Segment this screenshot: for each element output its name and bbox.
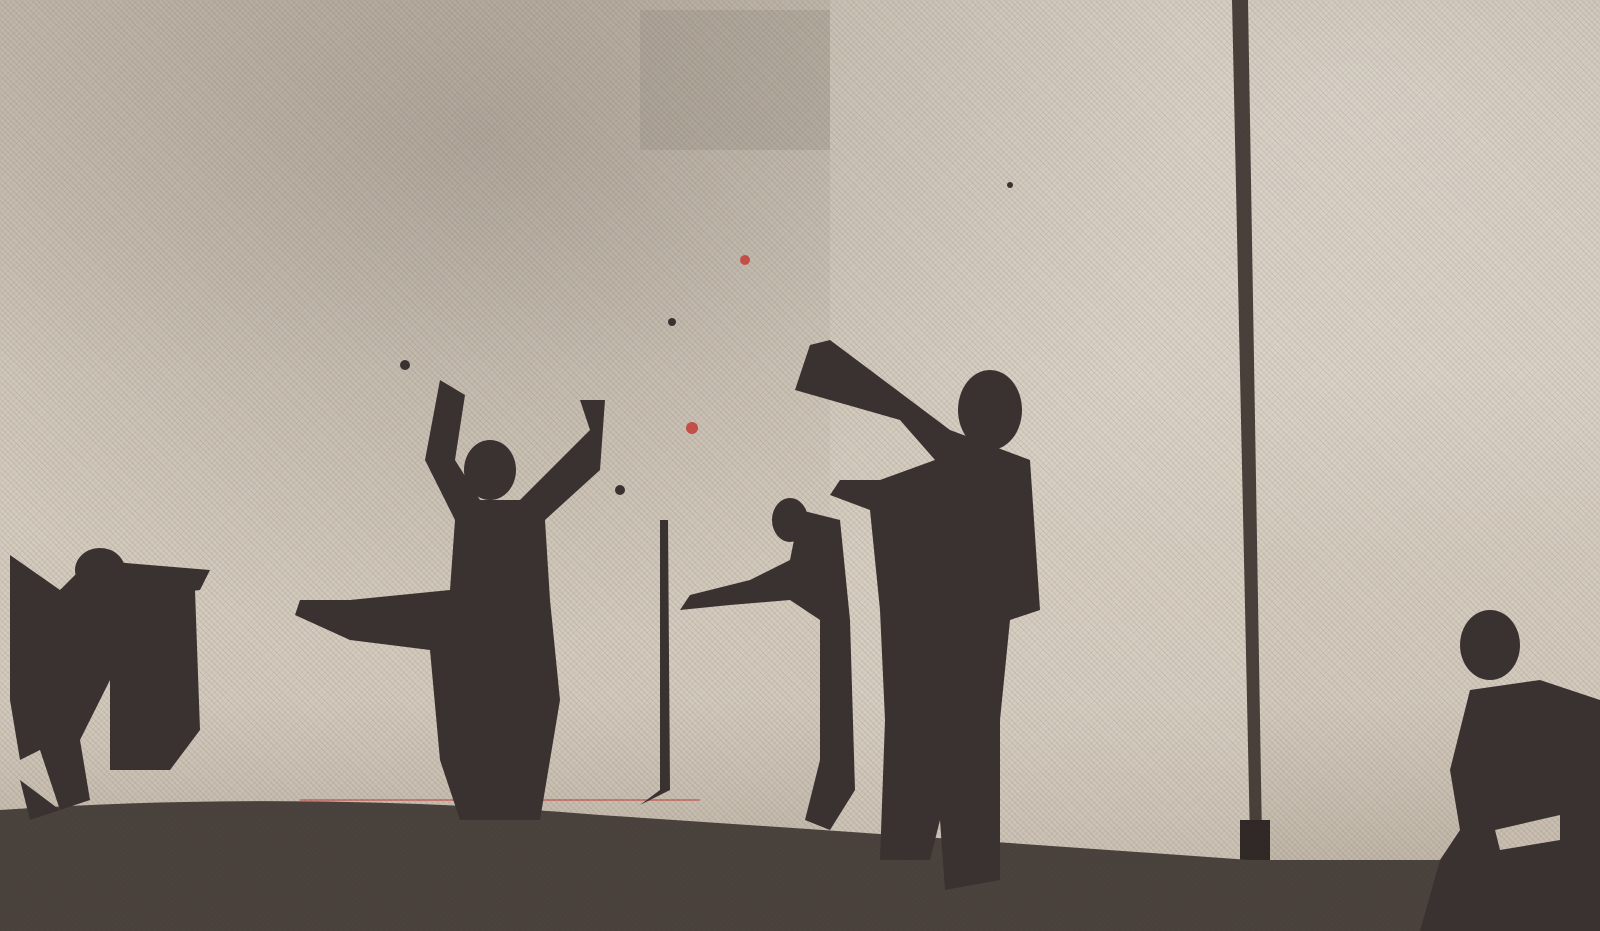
backdrop-building	[640, 10, 830, 150]
dancer-raised-arms	[295, 380, 605, 820]
scene	[0, 0, 1600, 931]
dancer-center	[680, 498, 855, 830]
seated-figure	[1420, 610, 1600, 931]
newspaper-photo	[0, 0, 1600, 931]
left-dancers	[10, 548, 210, 820]
paper-strip	[640, 520, 670, 805]
stage-floor	[0, 801, 1600, 931]
